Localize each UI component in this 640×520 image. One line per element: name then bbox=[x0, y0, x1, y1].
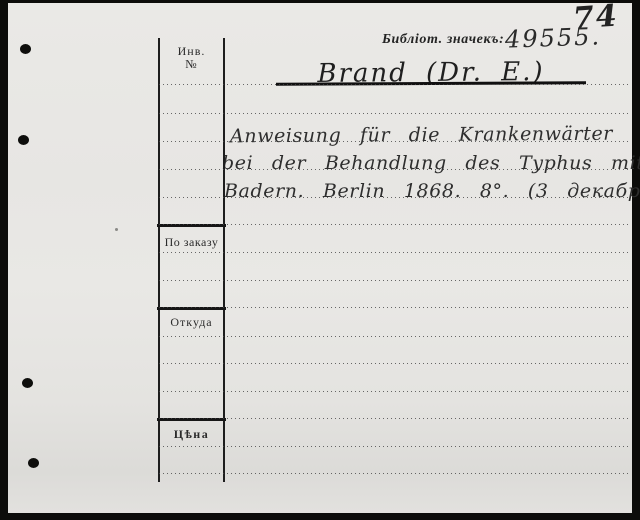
entry-line-3: Badern. Berlin 1868. 8°. (3 декабря) bbox=[224, 180, 640, 202]
ruled-line bbox=[159, 224, 629, 225]
column-label-price: Цѣна bbox=[159, 428, 224, 441]
column-left-rule bbox=[158, 38, 160, 482]
catalog-card: 74 Библіот. значекъ: 49555. Brand (Dr. E… bbox=[8, 3, 632, 513]
ruled-line bbox=[159, 307, 629, 308]
ink-speck bbox=[115, 228, 118, 231]
ruled-line bbox=[159, 473, 629, 474]
ruled-line bbox=[159, 391, 629, 392]
entry-line-1: Anweisung für die Krankenwärter bbox=[230, 123, 613, 148]
library-stamp-value: 49555. bbox=[505, 22, 602, 53]
ruled-line bbox=[159, 197, 629, 198]
ruled-line bbox=[159, 252, 629, 253]
punch-hole bbox=[18, 135, 29, 145]
column-label-order: По заказу bbox=[159, 236, 224, 249]
library-stamp-label: Библіот. значекъ: bbox=[382, 32, 504, 48]
column-right-rule bbox=[223, 38, 225, 482]
ruled-line bbox=[159, 113, 629, 114]
ruled-line bbox=[159, 418, 629, 419]
punch-hole bbox=[20, 44, 31, 54]
ruled-line bbox=[159, 141, 629, 142]
punch-hole bbox=[28, 458, 39, 468]
column-label-origin: Откуда bbox=[159, 316, 224, 329]
ruled-line bbox=[159, 446, 629, 447]
entry-line-2: bei der Behandlung des Typhus mit bbox=[222, 152, 640, 174]
scanned-catalog-card-page: 74 Библіот. значекъ: 49555. Brand (Dr. E… bbox=[0, 0, 640, 520]
inventory-label-line2: № bbox=[159, 58, 224, 71]
column-label-inventory: Инв. № bbox=[159, 45, 224, 71]
ruled-line bbox=[159, 84, 629, 85]
ruled-line bbox=[159, 363, 629, 364]
ruled-line bbox=[159, 280, 629, 281]
ruled-line bbox=[159, 169, 629, 170]
punch-hole bbox=[22, 378, 33, 388]
ruled-line bbox=[159, 336, 629, 337]
